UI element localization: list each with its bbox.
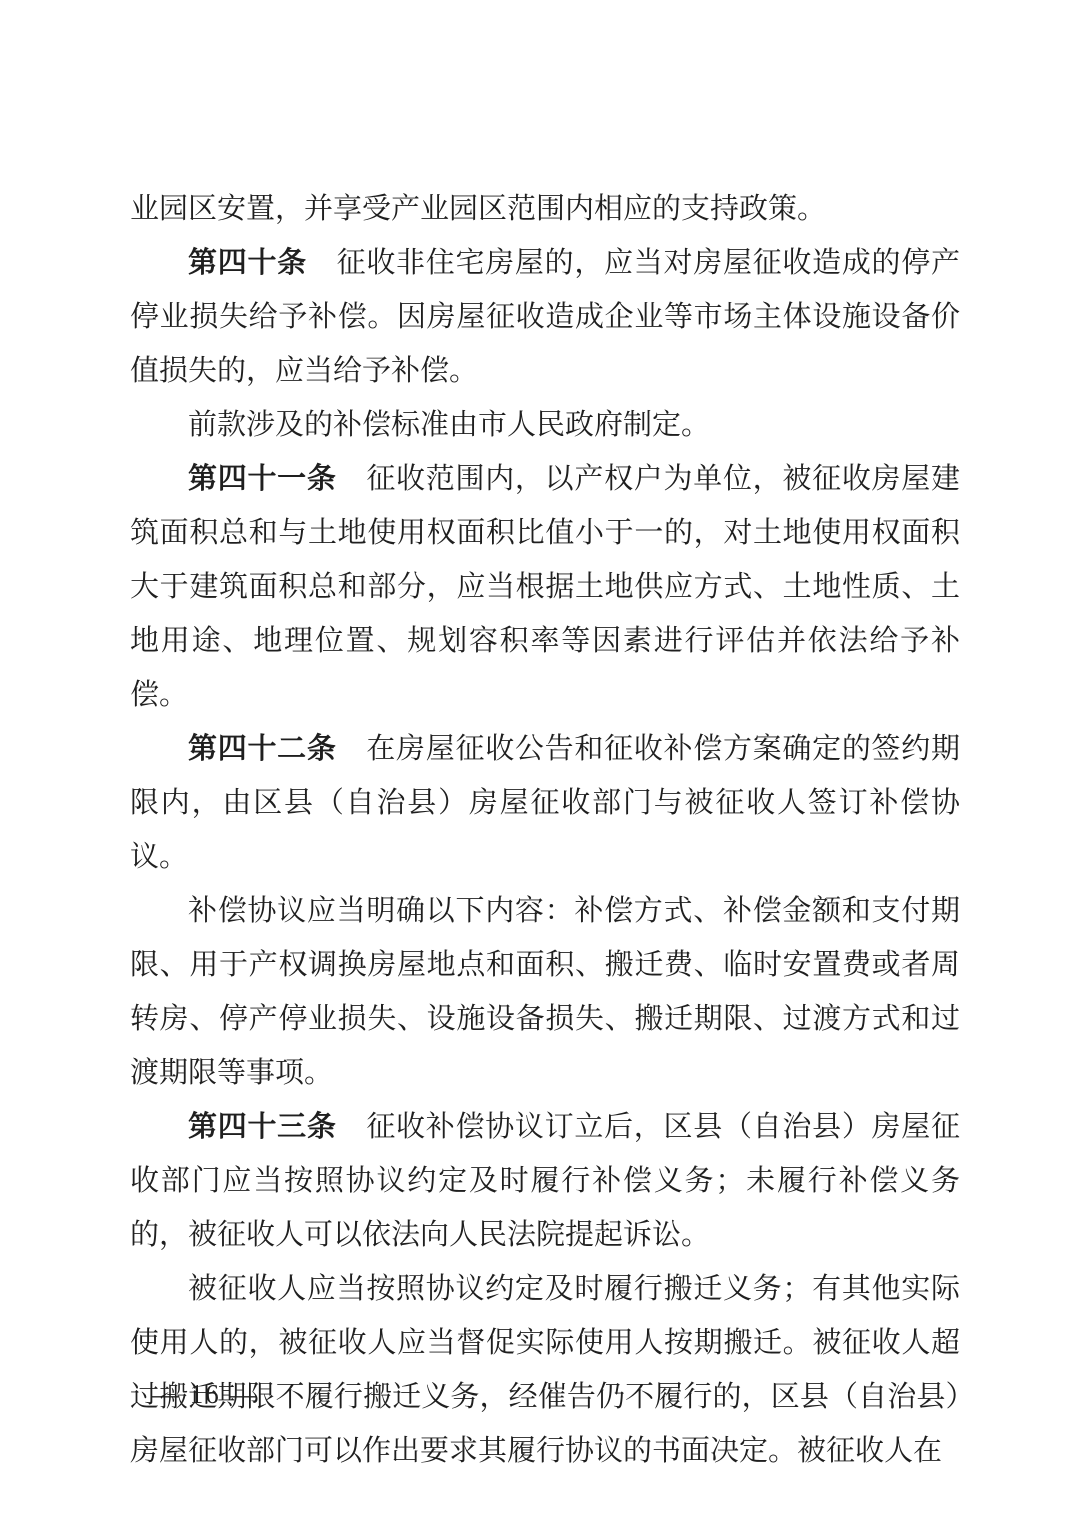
paragraph-text: 补偿协议应当明确以下内容：补偿方式、补偿金额和支付期限、用于产权调换房屋地点和面… [130, 895, 960, 1089]
paragraph-clause: 被征收人应当按照协议约定及时履行搬迁义务；有其他实际使用人的，被征收人应当督促实… [130, 1262, 960, 1478]
paragraph-clause: 前款涉及的补偿标准由市人民政府制定。 [130, 398, 960, 452]
paragraph-article-41: 第四十一条 征收范围内，以产权户为单位，被征收房屋建筑面积总和与土地使用权面积比… [130, 452, 960, 722]
paragraph-article-43: 第四十三条 征收补偿协议订立后，区县（自治县）房屋征收部门应当按照协议约定及时履… [130, 1100, 960, 1262]
article-number-label: 第四十二条 [188, 733, 337, 765]
article-number-label: 第四十一条 [188, 463, 337, 495]
page-number: — 16 — [152, 1374, 259, 1414]
paragraph-clause: 补偿协议应当明确以下内容：补偿方式、补偿金额和支付期限、用于产权调换房屋地点和面… [130, 884, 960, 1100]
paragraph-text: 被征收人应当按照协议约定及时履行搬迁义务；有其他实际使用人的，被征收人应当督促实… [130, 1273, 960, 1467]
paragraph-text: 征收范围内，以产权户为单位，被征收房屋建筑面积总和与土地使用权面积比值小于一的，… [130, 463, 960, 711]
paragraph-article-42: 第四十二条 在房屋征收公告和征收补偿方案确定的签约期限内，由区县（自治县）房屋征… [130, 722, 960, 884]
document-body: 业园区安置，并享受产业园区范围内相应的支持政策。 第四十条 征收非住宅房屋的，应… [130, 182, 960, 1478]
paragraph-text: 业园区安置，并享受产业园区范围内相应的支持政策。 [130, 193, 826, 225]
article-number-label: 第四十三条 [188, 1111, 337, 1143]
document-page: 业园区安置，并享受产业园区范围内相应的支持政策。 第四十条 征收非住宅房屋的，应… [0, 0, 1074, 1520]
paragraph-text: 前款涉及的补偿标准由市人民政府制定。 [188, 409, 710, 441]
article-number-label: 第四十条 [188, 247, 307, 279]
paragraph-article-40: 第四十条 征收非住宅房屋的，应当对房屋征收造成的停产停业损失给予补偿。因房屋征收… [130, 236, 960, 398]
paragraph-continuation: 业园区安置，并享受产业园区范围内相应的支持政策。 [130, 182, 960, 236]
